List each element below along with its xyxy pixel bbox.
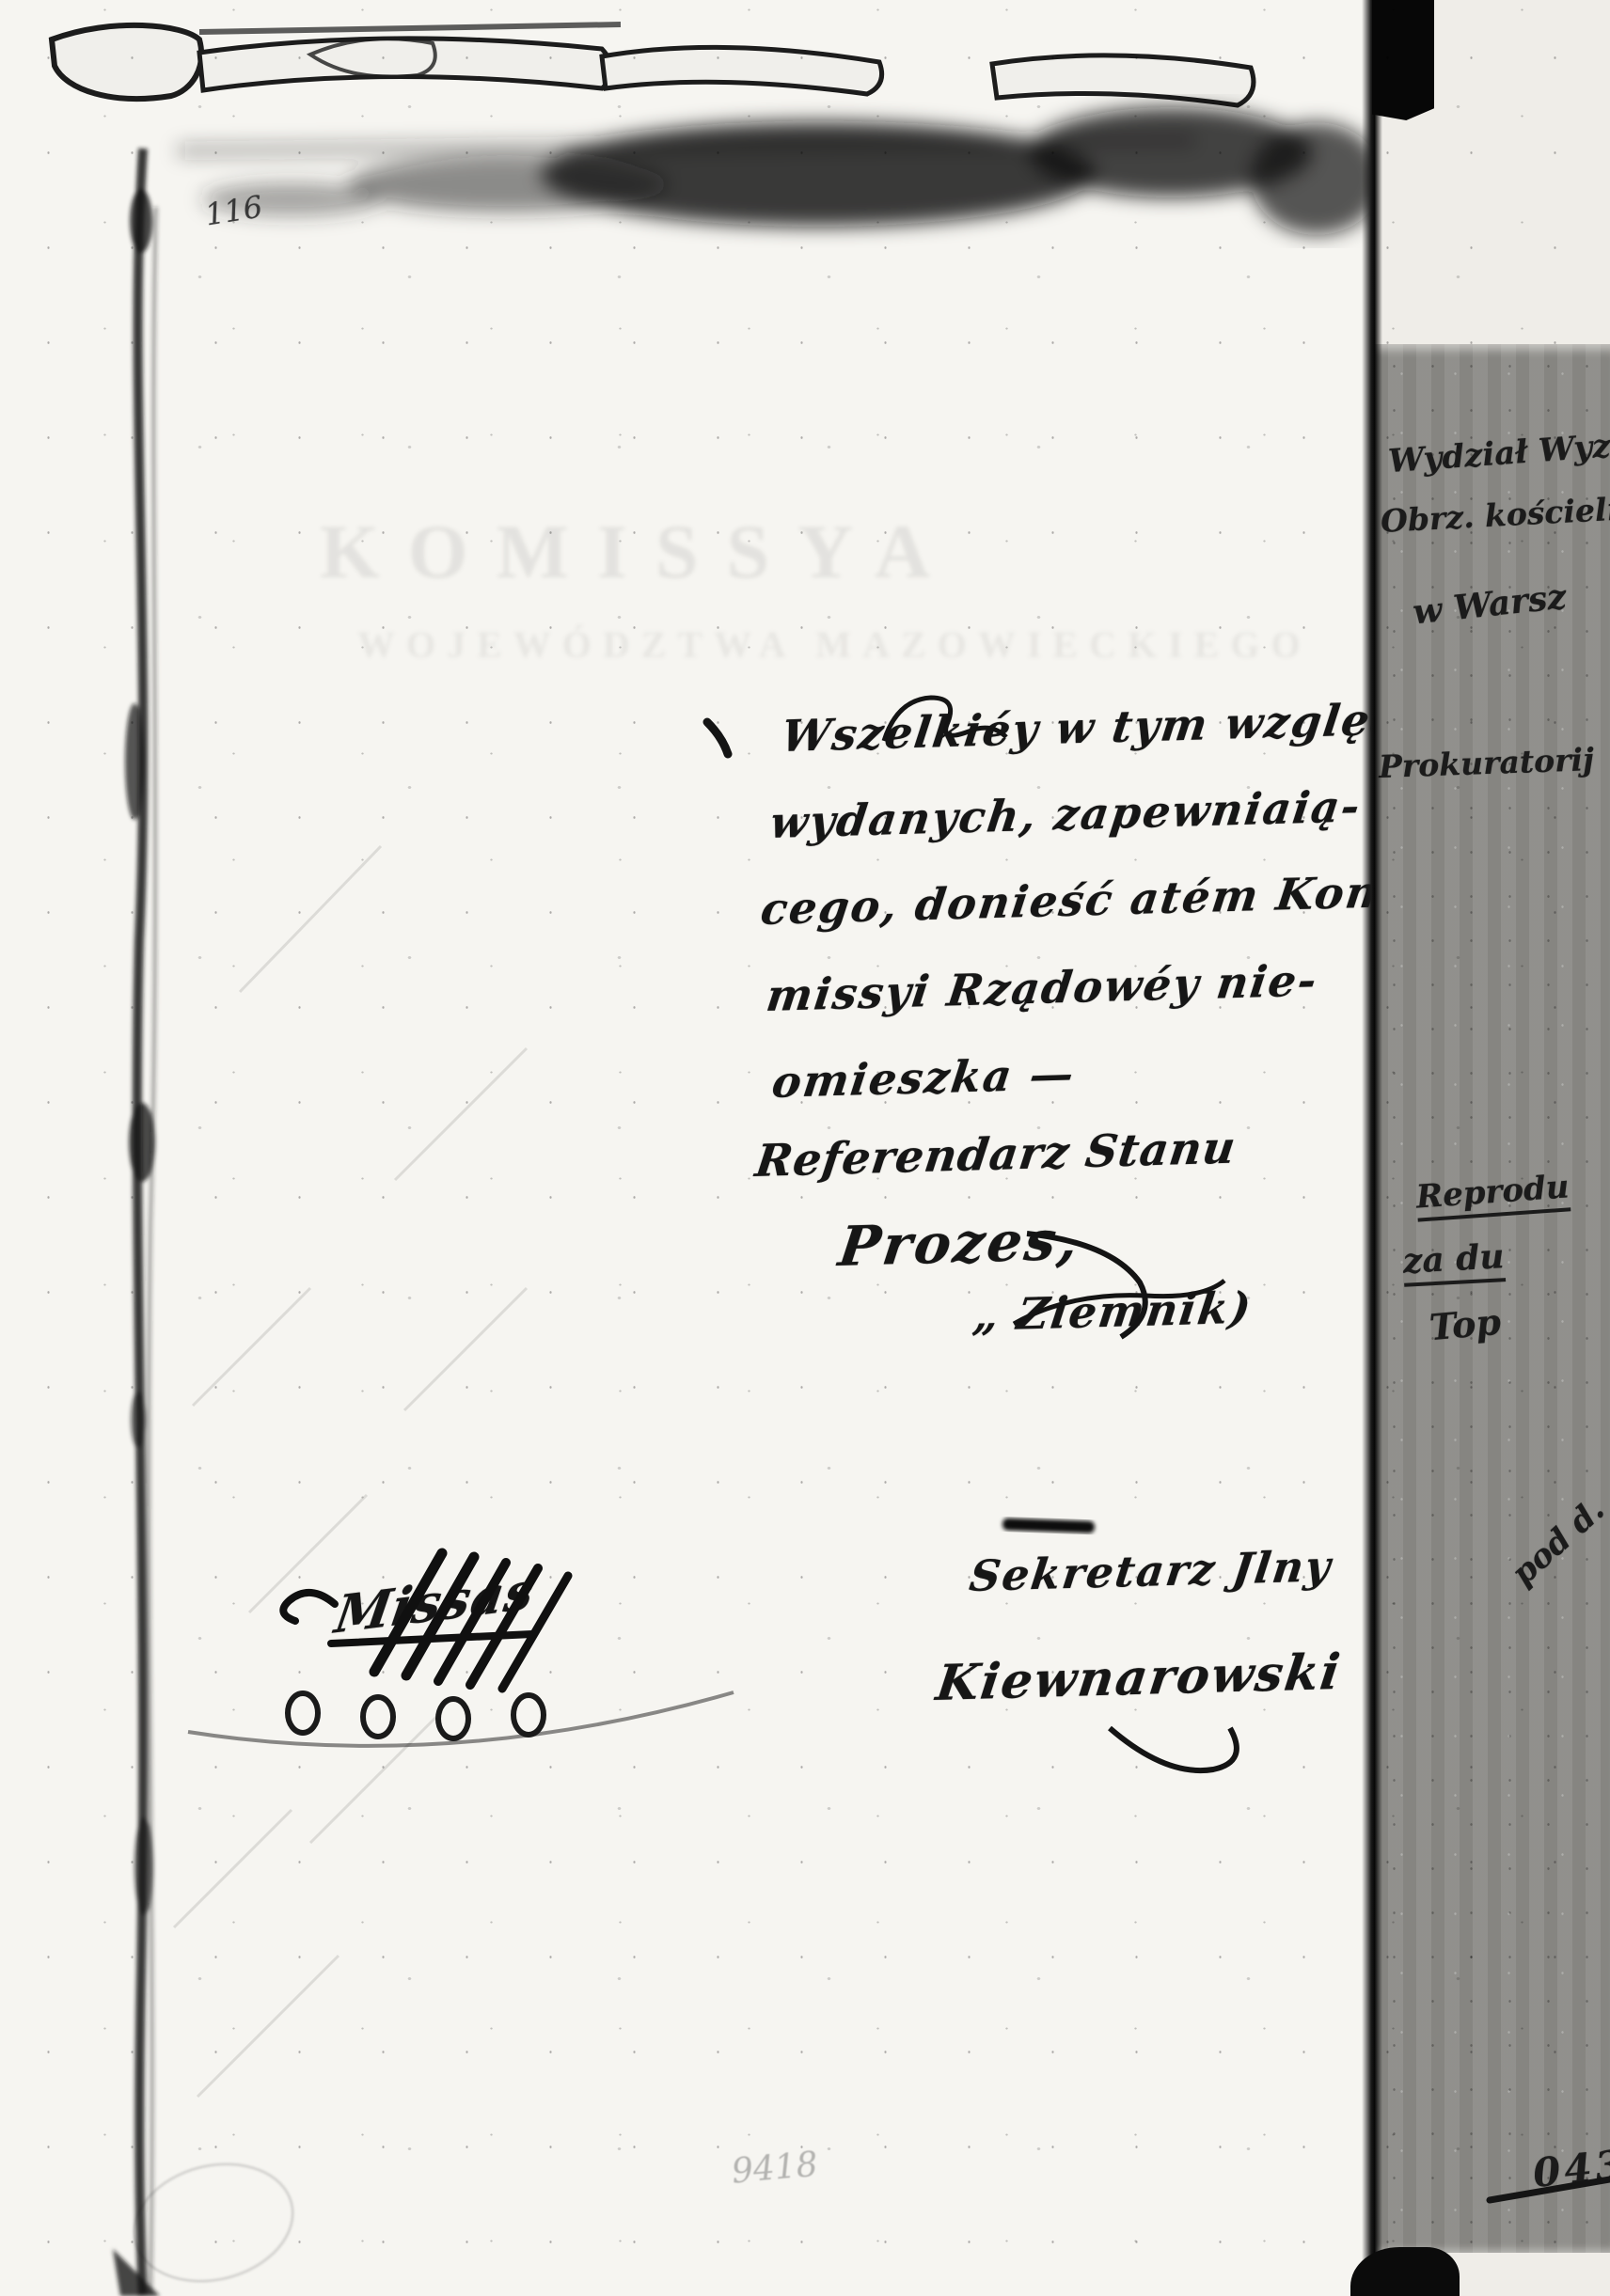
pencil-hatching bbox=[174, 846, 527, 2097]
book-gutter-shadow bbox=[1362, 0, 1382, 2296]
archive-number-underline bbox=[1375, 0, 1610, 2296]
top-smudge bbox=[179, 107, 1382, 235]
autograph-hatch bbox=[283, 1553, 568, 1689]
document-scan: 116 KOMISSYA WOJEWÓDZTWA MAZOWIECKIEGO W… bbox=[0, 0, 1610, 2296]
ink-dash bbox=[1002, 1518, 1095, 1533]
adjacent-page-strip: Wydział Wyzn Obrz. kościeln w Warsz Prok… bbox=[1375, 0, 1610, 2296]
autograph-loops bbox=[188, 1692, 734, 1746]
signature-flourishes bbox=[1014, 1234, 1237, 1770]
ink-flourish-top bbox=[707, 698, 1006, 754]
black-bar-top bbox=[1372, 0, 1434, 120]
torn-edge-top bbox=[52, 24, 1254, 105]
torn-edge-left bbox=[113, 149, 160, 2296]
